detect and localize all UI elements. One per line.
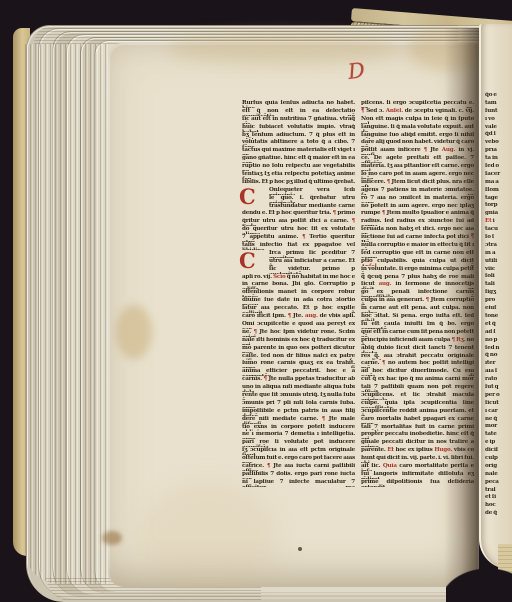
text-line: ne. ¶ Jtē hoc ſpm̄ videtur rōne. Scdm̄ o… bbox=[242, 329, 355, 337]
text-line: ſunt bbox=[485, 108, 512, 116]
text-line: vale bbox=[485, 124, 512, 132]
text-line: tage bbox=[485, 195, 512, 203]
text-line: do queritur utrū hoc ſit ex volūtate ali… bbox=[242, 226, 355, 234]
text-line: anima efficiēr peccatriſ. hoc ē a corrup… bbox=[242, 368, 355, 376]
text-line: offenſionis manet in corpore robur tenēs bbox=[242, 289, 355, 297]
text-line: paſſibilis 7 dolis. ergo pari rōne iūcta… bbox=[242, 471, 355, 479]
facing-page-text: q̃o etāmſuntī vovaleq̃d ſveboprīatā inſe… bbox=[485, 92, 512, 518]
text-line: culp bbox=[485, 455, 512, 463]
text-line: pecā bbox=[485, 479, 512, 487]
text-line: utili bbox=[485, 258, 512, 266]
text-line: huic ſubiacet volūtatis impio. vtraq̃ ha… bbox=[242, 124, 355, 132]
text-line: ſacer bbox=[485, 171, 512, 179]
text-line: tali bbox=[485, 281, 512, 289]
text-line: ſō ſ bbox=[485, 234, 512, 242]
text-line: ruptio nō ſolū reſpectu aīe vegetabilis … bbox=[242, 163, 355, 171]
text-line: ſigʒ bbox=[485, 289, 512, 297]
text-line: prīa bbox=[485, 147, 512, 155]
text-line: caro īficit ſpm̄. ¶ Jtē. aug. de vbis ap… bbox=[242, 313, 355, 321]
text-line: Om̄i ɔcupiſcētie ē quod aīa pereyt ex ca… bbox=[242, 321, 355, 329]
text-line: vebo bbox=[485, 139, 512, 147]
text-line: ī vo bbox=[485, 116, 512, 124]
quire-mark: D bbox=[347, 58, 367, 84]
text-line: oſtēſum fuit ē. ergo caro pōt facere aīa… bbox=[242, 455, 355, 463]
text-line: per o bbox=[485, 392, 512, 400]
text-line: eiuſ bbox=[485, 305, 512, 313]
stain bbox=[298, 547, 302, 551]
text-line: tām bbox=[485, 100, 512, 108]
text-line: dere niſi mediāte carne. ¶ Jtē male diſp… bbox=[242, 416, 355, 424]
text-line: viic bbox=[485, 266, 512, 274]
text-line: ſūt q bbox=[485, 384, 512, 392]
text-line: ſʒ ɔcupiſcīa in aīa eſt pctm̄ originale … bbox=[242, 447, 355, 455]
text-line: tatē bbox=[485, 431, 512, 439]
text-line: 7 appetitu anime. ¶ Tertio queritur utrū bbox=[242, 234, 355, 242]
text-line: apli ro. vij. Scio q̃ nō habitat in me h… bbox=[242, 274, 355, 282]
text-line: dendū ē. Et p hoc queritur tria. ¶ primo bbox=[242, 210, 355, 218]
text-line: et q̃ bbox=[485, 321, 512, 329]
text-line: ad ſ bbox=[485, 329, 512, 337]
right-page-strip: q̃o etāmſuntī vovaleq̃d ſveboprīatā inſe… bbox=[479, 24, 512, 569]
stain bbox=[116, 305, 152, 359]
text-line: ē ip bbox=[485, 439, 512, 447]
text-line: tentiaʒ ſʒ etiā reſpectu potētiaʒ anime … bbox=[242, 171, 355, 179]
text-line: ī car bbox=[485, 408, 512, 416]
left-page-edge-striations bbox=[25, 44, 109, 584]
text-line: latur aīa peccato. Et p hoc expſſe colli… bbox=[242, 305, 355, 313]
text-line: pari rōe ſi volūtate pōt inducere ɔcupiſ… bbox=[242, 439, 355, 447]
text-line: īn ā bbox=[485, 250, 512, 258]
text-line: tactus qui maxime materialis eſt viget ī… bbox=[242, 147, 355, 155]
text-line: torp bbox=[485, 202, 512, 210]
text-line: catricē. ¶ Jtē aīa iūcta carni paſſibili… bbox=[242, 463, 355, 471]
text-line: hoc bbox=[485, 502, 512, 510]
drop-cap-initial: C bbox=[239, 184, 265, 209]
text-line: de q̃ bbox=[485, 510, 512, 518]
text-line: mor bbox=[485, 423, 512, 431]
text-line: ſoli bbox=[485, 273, 512, 281]
text-line: ɔtra bbox=[485, 242, 512, 250]
text-line: ſed n bbox=[485, 345, 512, 353]
stain bbox=[102, 531, 122, 545]
text-line: lūmō rōne carnis quaʒ ex ea trahit. ergo… bbox=[242, 360, 355, 368]
text-line: nale īſti hominis ex hoc q̃ traducitur e… bbox=[242, 337, 355, 345]
left-page: D Rurſus quia ſenſus adiūcta nō habet. h… bbox=[108, 43, 478, 587]
text-line: mā a bbox=[485, 179, 512, 187]
gutter-shadow bbox=[444, 28, 479, 584]
text-line: ɔmunis pri 7 pli nīſi ſola carnis ſubā. … bbox=[242, 400, 355, 408]
stain bbox=[138, 483, 278, 593]
text-line: caſſe. ſed non dr̄ filius naſci ex patre… bbox=[242, 353, 355, 361]
text-line: diciſ bbox=[485, 447, 512, 455]
text-line: uno in aliqua nīſi mediante aliqua ſubī … bbox=[242, 384, 355, 392]
text-line: eſt q̃ non eſt in ea delectatio ɔcupiſcē… bbox=[242, 108, 355, 116]
text-line: q̃o e bbox=[485, 92, 512, 100]
text-line: nē ī memoriā 7 demētiā ī intelligētiā. e… bbox=[242, 431, 355, 439]
text-line: īter bbox=[485, 360, 512, 368]
text-line: diuine ſūe date in adā cōtra ɔſortio mac… bbox=[242, 297, 355, 305]
text-line: tio exn̄s in corpore poteſt inducere obl… bbox=[242, 424, 355, 432]
text-line: q̃d ſ bbox=[485, 131, 512, 139]
text-line: nō p bbox=[485, 337, 512, 345]
text-line: gano gñatiue. hinc eſt q̃ maior eſt in e… bbox=[242, 155, 355, 163]
text-line: ratō bbox=[485, 376, 512, 384]
text-line: gnia bbox=[485, 210, 512, 218]
bottom-gutter-shadow bbox=[446, 550, 512, 602]
text-line: carnis. ¶ Jtē nulla ppetas traducitur ab bbox=[242, 376, 355, 384]
text-line: ne q̃ bbox=[485, 416, 512, 424]
text-line: Et i bbox=[485, 218, 512, 226]
text-line: Rurſus quia ſenſus adiūcta nō habet. hin… bbox=[242, 100, 355, 108]
text-line: et ſi bbox=[485, 494, 512, 502]
text-line: impoſſibile ē pctm̄ patris in aīas filij… bbox=[242, 408, 355, 416]
text-line: tōne bbox=[485, 313, 512, 321]
text-line: trāſ bbox=[485, 487, 512, 495]
text-line: ſic aūt eſt in nutritiua 7 gñatiua. vtra… bbox=[242, 116, 355, 124]
text-line: ni lapſiue 7 infecte maculatur 7 efficit… bbox=[242, 479, 355, 487]
text-line: rente que ſit ɔmunis utriq̃. ſʒ nulla ſu… bbox=[242, 392, 355, 400]
text-line: aīa ſ bbox=[485, 368, 512, 376]
text-line: pro bbox=[485, 297, 512, 305]
text-line: ſed o bbox=[485, 163, 512, 171]
photo-of-open-incunabulum: { "colors":{ "background":"#1a131a", "pa… bbox=[0, 0, 512, 602]
text-line: orig bbox=[485, 463, 512, 471]
text-line: volūtatis abſtinere a toto q̃ a cibo. 7 … bbox=[242, 139, 355, 147]
text-column-1: Rurſus quia ſenſus adiūcta nō habet. hin… bbox=[242, 100, 355, 487]
text-line: nale bbox=[485, 471, 512, 479]
text-line: q̃ritur utrū aīa poſſit īfici a carne. ¶… bbox=[242, 218, 355, 226]
text-line: mo parente in quo oēs poſteri dicūtur pe… bbox=[242, 345, 355, 353]
text-line: tā in bbox=[485, 155, 512, 163]
text-line: in carne bona. Jbi glo. Corruptio p ɔdiſ… bbox=[242, 281, 355, 289]
text-line: bʒ ſenſum adiūctum. 7 q̃ plus eſt in ptā… bbox=[242, 132, 355, 140]
text-line: q̃ nō bbox=[485, 352, 512, 360]
text-line: ſicut bbox=[485, 400, 512, 408]
text-line: tacū bbox=[485, 226, 512, 234]
text-line: ſſom bbox=[485, 187, 512, 195]
drop-cap-initial: C bbox=[239, 248, 265, 273]
